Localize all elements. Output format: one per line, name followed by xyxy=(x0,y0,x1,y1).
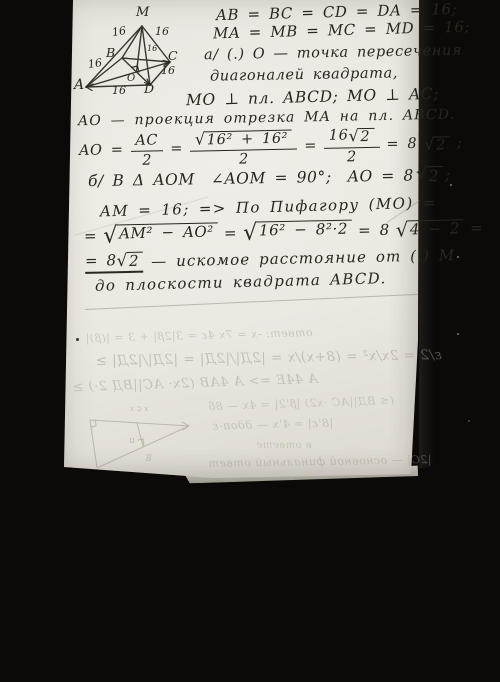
sketch-scribble: х ⊃ х xyxy=(130,405,148,413)
formula-token: ∠AOM = 90°; xyxy=(211,169,332,188)
vertex-label-m: M xyxy=(136,6,149,19)
fraction-sqrt-over-2: √16² + 16² 2 xyxy=(190,129,298,168)
radical: √4 − 2 xyxy=(396,219,465,240)
vertex-label-b: B xyxy=(106,47,115,60)
answer-description: — искомое расстояние от (.) M xyxy=(151,247,455,270)
diagonals-line: диагоналей квадрата, xyxy=(210,66,398,85)
dust-speck xyxy=(457,333,459,335)
formula-token: = 8 xyxy=(386,137,417,154)
formula-token: AO = xyxy=(79,143,124,160)
vertex-label-a: A xyxy=(74,78,84,92)
vertex-label-d: D xyxy=(144,83,154,96)
center-label-o: O xyxy=(127,74,135,84)
fraction-16sqrt2-over-2: 16√2 2 xyxy=(324,128,380,166)
formula-token: ; xyxy=(457,136,463,152)
edge-length-label: 16 xyxy=(87,57,102,70)
radical: √2 xyxy=(424,136,450,154)
ink-dot xyxy=(76,338,79,341)
radical: √16² − 8²·2 xyxy=(243,220,352,245)
formula-token: = xyxy=(304,139,317,155)
formula-token: б/ В Δ AOM xyxy=(88,171,195,190)
edge-length-label: 16 xyxy=(161,65,175,76)
dust-speck xyxy=(468,420,470,422)
edge-length-label: 16 xyxy=(155,26,169,37)
fraction-ac-over-2: AC 2 xyxy=(130,134,163,169)
formula-token: = 8 xyxy=(358,222,390,239)
formula-token: = xyxy=(470,220,484,237)
triangle-sketch: и 8 х ⊃ х xyxy=(80,400,205,478)
edge-length-label: 16 xyxy=(147,45,157,53)
underlined-answer: = 8 √2 xyxy=(85,252,144,274)
sketch-altitude-label: и xyxy=(129,436,135,446)
sketch-base-label: 8 xyxy=(146,454,152,464)
formula-token: AO = 8 xyxy=(348,167,415,185)
edge-length-label: 16 xyxy=(112,85,126,96)
photo-of-handwritten-solution: ответ: -х = 7х 4ε = 3|2β| + 3 = |(β)| ε/… xyxy=(0,0,500,682)
formula-token: = xyxy=(170,142,183,158)
radical: √2 xyxy=(416,166,443,185)
vertex-label-c: C xyxy=(168,50,178,63)
formula-token: ; xyxy=(445,166,451,183)
formula-token: = xyxy=(84,228,98,245)
bleedthrough-line: в ответе xyxy=(256,440,312,451)
formula-token: = xyxy=(224,225,238,242)
dust-speck xyxy=(457,256,459,258)
radical: √AM² − AO² xyxy=(103,222,218,247)
dust-speck xyxy=(450,184,452,186)
triangle-sketch-lines xyxy=(90,420,189,468)
edge-length-label: 16 xyxy=(111,25,127,38)
